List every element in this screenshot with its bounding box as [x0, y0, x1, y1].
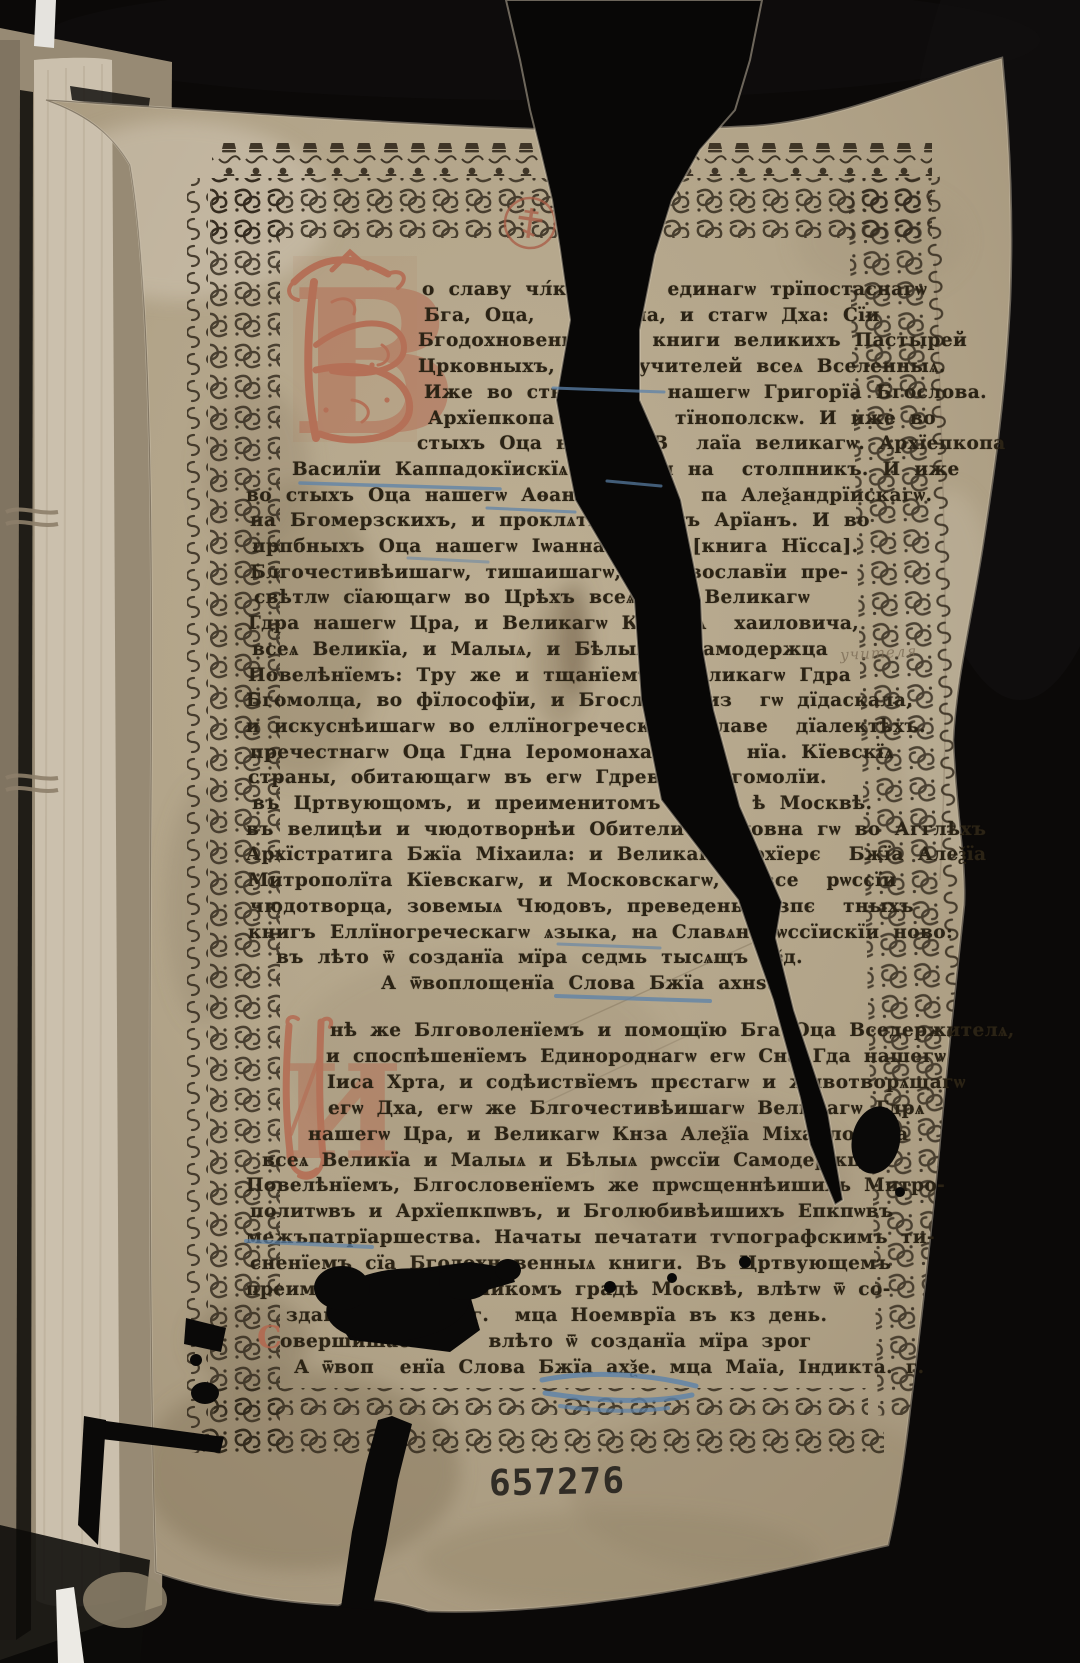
- text-line: зданїа мїра зрог. мца Ноемврїа въ кз ден…: [286, 1303, 918, 1329]
- text-line: въ лѣто ѿ созданїа мїра седмь тысѧщъ рѯд…: [276, 945, 918, 971]
- text-line: пречестнагѡ Оца Гдна Іеромонаха Епїф нїа…: [250, 740, 918, 766]
- text-line: прпбныхъ Оца нашегѡ Іѡанна Дам [книга Нї…: [252, 534, 918, 560]
- text-line: Иже во сты Оца нашегѡ Григорїа Бгослова.: [424, 380, 918, 406]
- text-line: страны, обитающагѡ въ егѡ Гдревѣ Бгомолї…: [248, 765, 918, 791]
- text-line: Повелѣнїемъ: Тру же и тщанїемъ Великагѡ …: [248, 663, 918, 689]
- text-line: нѣ же Блговоленїемъ и помощїю Бга Оца Вс…: [330, 1018, 918, 1044]
- text-line: Црковныхъ, и учителей всеѧ Вселенныѧ.: [418, 354, 918, 380]
- text-line: межъпатрїаршества. Начаты печатати тѵпог…: [246, 1225, 918, 1251]
- text-line: Архїстратига Бжїа Міхаила: и Великагѡ Ар…: [246, 842, 918, 868]
- text-line: А ѿвоплощенїа Слова Бжїа ахнѕ.: [381, 971, 918, 997]
- text-line: Гдра нашегѡ Цра, и Великагѡ Кнза А хаило…: [248, 611, 918, 637]
- text-line: Бга, Оца, Сна, и стагѡ Дха: Сїи: [424, 303, 918, 329]
- text-line: овершишася влѣто ѿ созданїа мїра зрог: [280, 1329, 918, 1355]
- manuscript-photo: В: [0, 0, 1080, 1663]
- text-line: всеѧ Великїа и Малыѧ и Бѣлыѧ рѡссїи Само…: [262, 1148, 918, 1174]
- text-line: Повелѣнїемъ, Блгословенїемъ же прѡсщеннѣ…: [246, 1173, 918, 1199]
- border-top-finial-row: [212, 143, 932, 176]
- text-line: и искуснѣишагѡ во еллїногреческо и славе…: [246, 714, 918, 740]
- text-line: преименитомъ и великомъ градѣ Москвѣ, вл…: [246, 1277, 918, 1303]
- text-line: егѡ Дха, егѡ же Блгочестивѣишагѡ Великаг…: [328, 1096, 918, 1122]
- red-initial-s: С: [256, 1320, 282, 1357]
- text-line: всеѧ Великїа, и Малыѧ, и Бѣлыѧ Самодержц…: [252, 637, 918, 663]
- text-line: нашегѡ Цра, и Великагѡ Кнза Алеѯїа Міхаи…: [308, 1122, 918, 1148]
- text-line: о славу чл́колю единагѡ трїпостаснагѡ: [422, 277, 918, 303]
- text-line: Василїи Каппадокїискїѧ. Бесѣды на столпн…: [292, 457, 918, 483]
- text-line: и споспѣшенїемъ Единороднагѡ егѡ Сна Гда…: [326, 1044, 918, 1070]
- text-line: Бгодохновенныѧ, книги великихъ Пастырей: [418, 328, 918, 354]
- accession-number-stamp: 657276: [489, 1461, 626, 1505]
- text-line: во стыхъ Оца нашегѡ Аѳанасїа Арх па Алеѯ…: [246, 483, 918, 509]
- text-line: свѣтлѡ сїающагѡ во Црѣхъ всеѧ в Великагѡ: [254, 585, 918, 611]
- text-line: чюдотворца, зовемыѧ Чюдовъ, преведены из…: [250, 894, 918, 920]
- text-line: въ Цртвующомъ, и преименитомъ град ѣ Мос…: [252, 791, 918, 817]
- text-line: А ѿвоп енїа Слова Бжїа ахѯе. мца Маїа, І…: [294, 1355, 918, 1381]
- border-bottom-band-2: [196, 1424, 884, 1457]
- text-line: сненїемъ сїа Бгодохновенныѧ книги. Въ Цр…: [250, 1251, 918, 1277]
- text-line: Іиса Хрта, и содѣиствїемъ прєстагѡ и жив…: [327, 1070, 918, 1096]
- text-line: Архїепкопа Кѡнста тїнополскѡ. И иже во: [428, 406, 918, 432]
- border-left-s-scroll-column: [187, 178, 208, 1453]
- border-bottom-band-1: [214, 1388, 868, 1415]
- title-page-paragraph-1: о славу чл́колю единагѡ трїпостаснагѡ Бг…: [246, 277, 918, 997]
- text-line: книгъ Еллїногреческагѡ ѧзыка, на Славѧно…: [248, 920, 918, 946]
- text-line: на Бгомерзскихъ, и проклѧтыхъ хъ Арїанъ.…: [250, 508, 918, 534]
- text-line: Бгомолца, во фїлософїи, и Бгословїи из г…: [246, 688, 918, 714]
- border-top-fleuron-band: [212, 178, 932, 238]
- text-line: стыхъ Оца нашегѡ В лаїа великагѡ. Архїеп…: [417, 431, 918, 457]
- text-line: политѡвъ и Архїепкпѡвъ, и Бголюбивѣишихъ…: [250, 1199, 918, 1225]
- text-line: Митрополїта Кїевскагѡ, и Московскагѡ, и …: [248, 868, 918, 894]
- text-line: въ велицѣи и чюдотворнѣи Обители Верховн…: [246, 817, 918, 843]
- text-line: Блгочестивѣишагѡ, тишаишагѡ, православїи…: [250, 560, 918, 586]
- title-page-paragraph-2: нѣ же Блговоленїемъ и помощїю Бга Оца Вс…: [246, 1018, 918, 1381]
